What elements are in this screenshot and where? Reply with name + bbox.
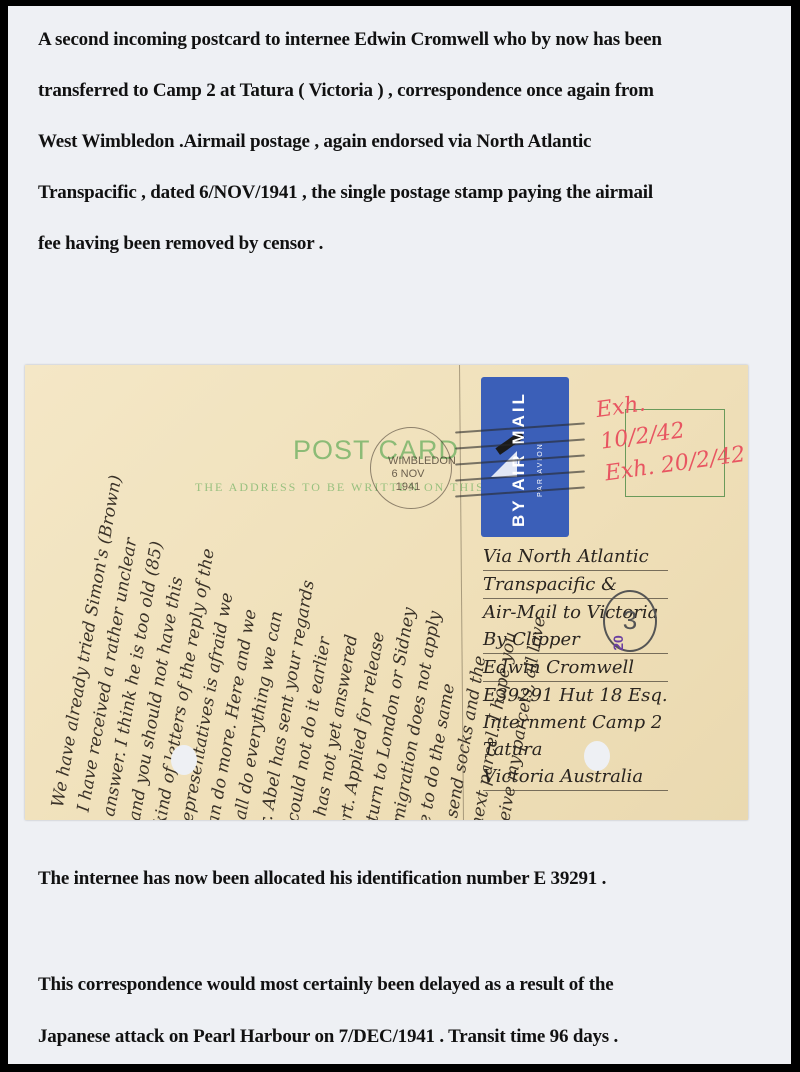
censor-purple-mark: 20 xyxy=(610,635,626,651)
postcard-image: We have already tried Simon's (Brown) I … xyxy=(25,365,748,820)
address-line: Internment Camp 2 xyxy=(483,709,668,736)
intro-line: fee having been removed by censor . xyxy=(38,218,662,269)
intro-line: Transpacific , dated 6/NOV/1941 , the si… xyxy=(38,167,662,218)
address-line: Tatura xyxy=(483,736,668,763)
note-line: The internee has now been allocated his … xyxy=(38,854,606,904)
intro-line: transferred to Camp 2 at Tatura ( Victor… xyxy=(38,65,662,116)
intro-line: A second incoming postcard to internee E… xyxy=(38,14,662,65)
note-line: Japanese attack on Pearl Harbour on 7/DE… xyxy=(38,1011,618,1063)
id-note: The internee has now been allocated his … xyxy=(38,854,606,904)
intro-line: West Wimbledon .Airmail postage , again … xyxy=(38,116,662,167)
address-block: Via North Atlantic Transpacific & Air-Ma… xyxy=(483,543,668,791)
red-examiner-annotation: Exh. 10/2/42 Exh. 20/2/42 xyxy=(594,376,747,491)
note-line: This correspondence would most certainly… xyxy=(38,959,618,1011)
intro-description: A second incoming postcard to internee E… xyxy=(38,14,662,269)
album-page: A second incoming postcard to internee E… xyxy=(8,6,791,1064)
recipient-name: Edwin Cromwell xyxy=(483,654,668,682)
routing-line: Via North Atlantic xyxy=(483,543,668,571)
punch-hole xyxy=(171,745,197,775)
punch-hole xyxy=(584,741,610,771)
address-line: Victoria Australia xyxy=(483,763,668,791)
postmark-text: WIMBLEDON 6 NOV 1941 xyxy=(388,455,428,494)
delay-note: This correspondence would most certainly… xyxy=(38,959,618,1063)
wavy-cancel-lines xyxy=(455,427,585,507)
recipient-id: E39291 Hut 18 Esq. xyxy=(483,682,668,709)
